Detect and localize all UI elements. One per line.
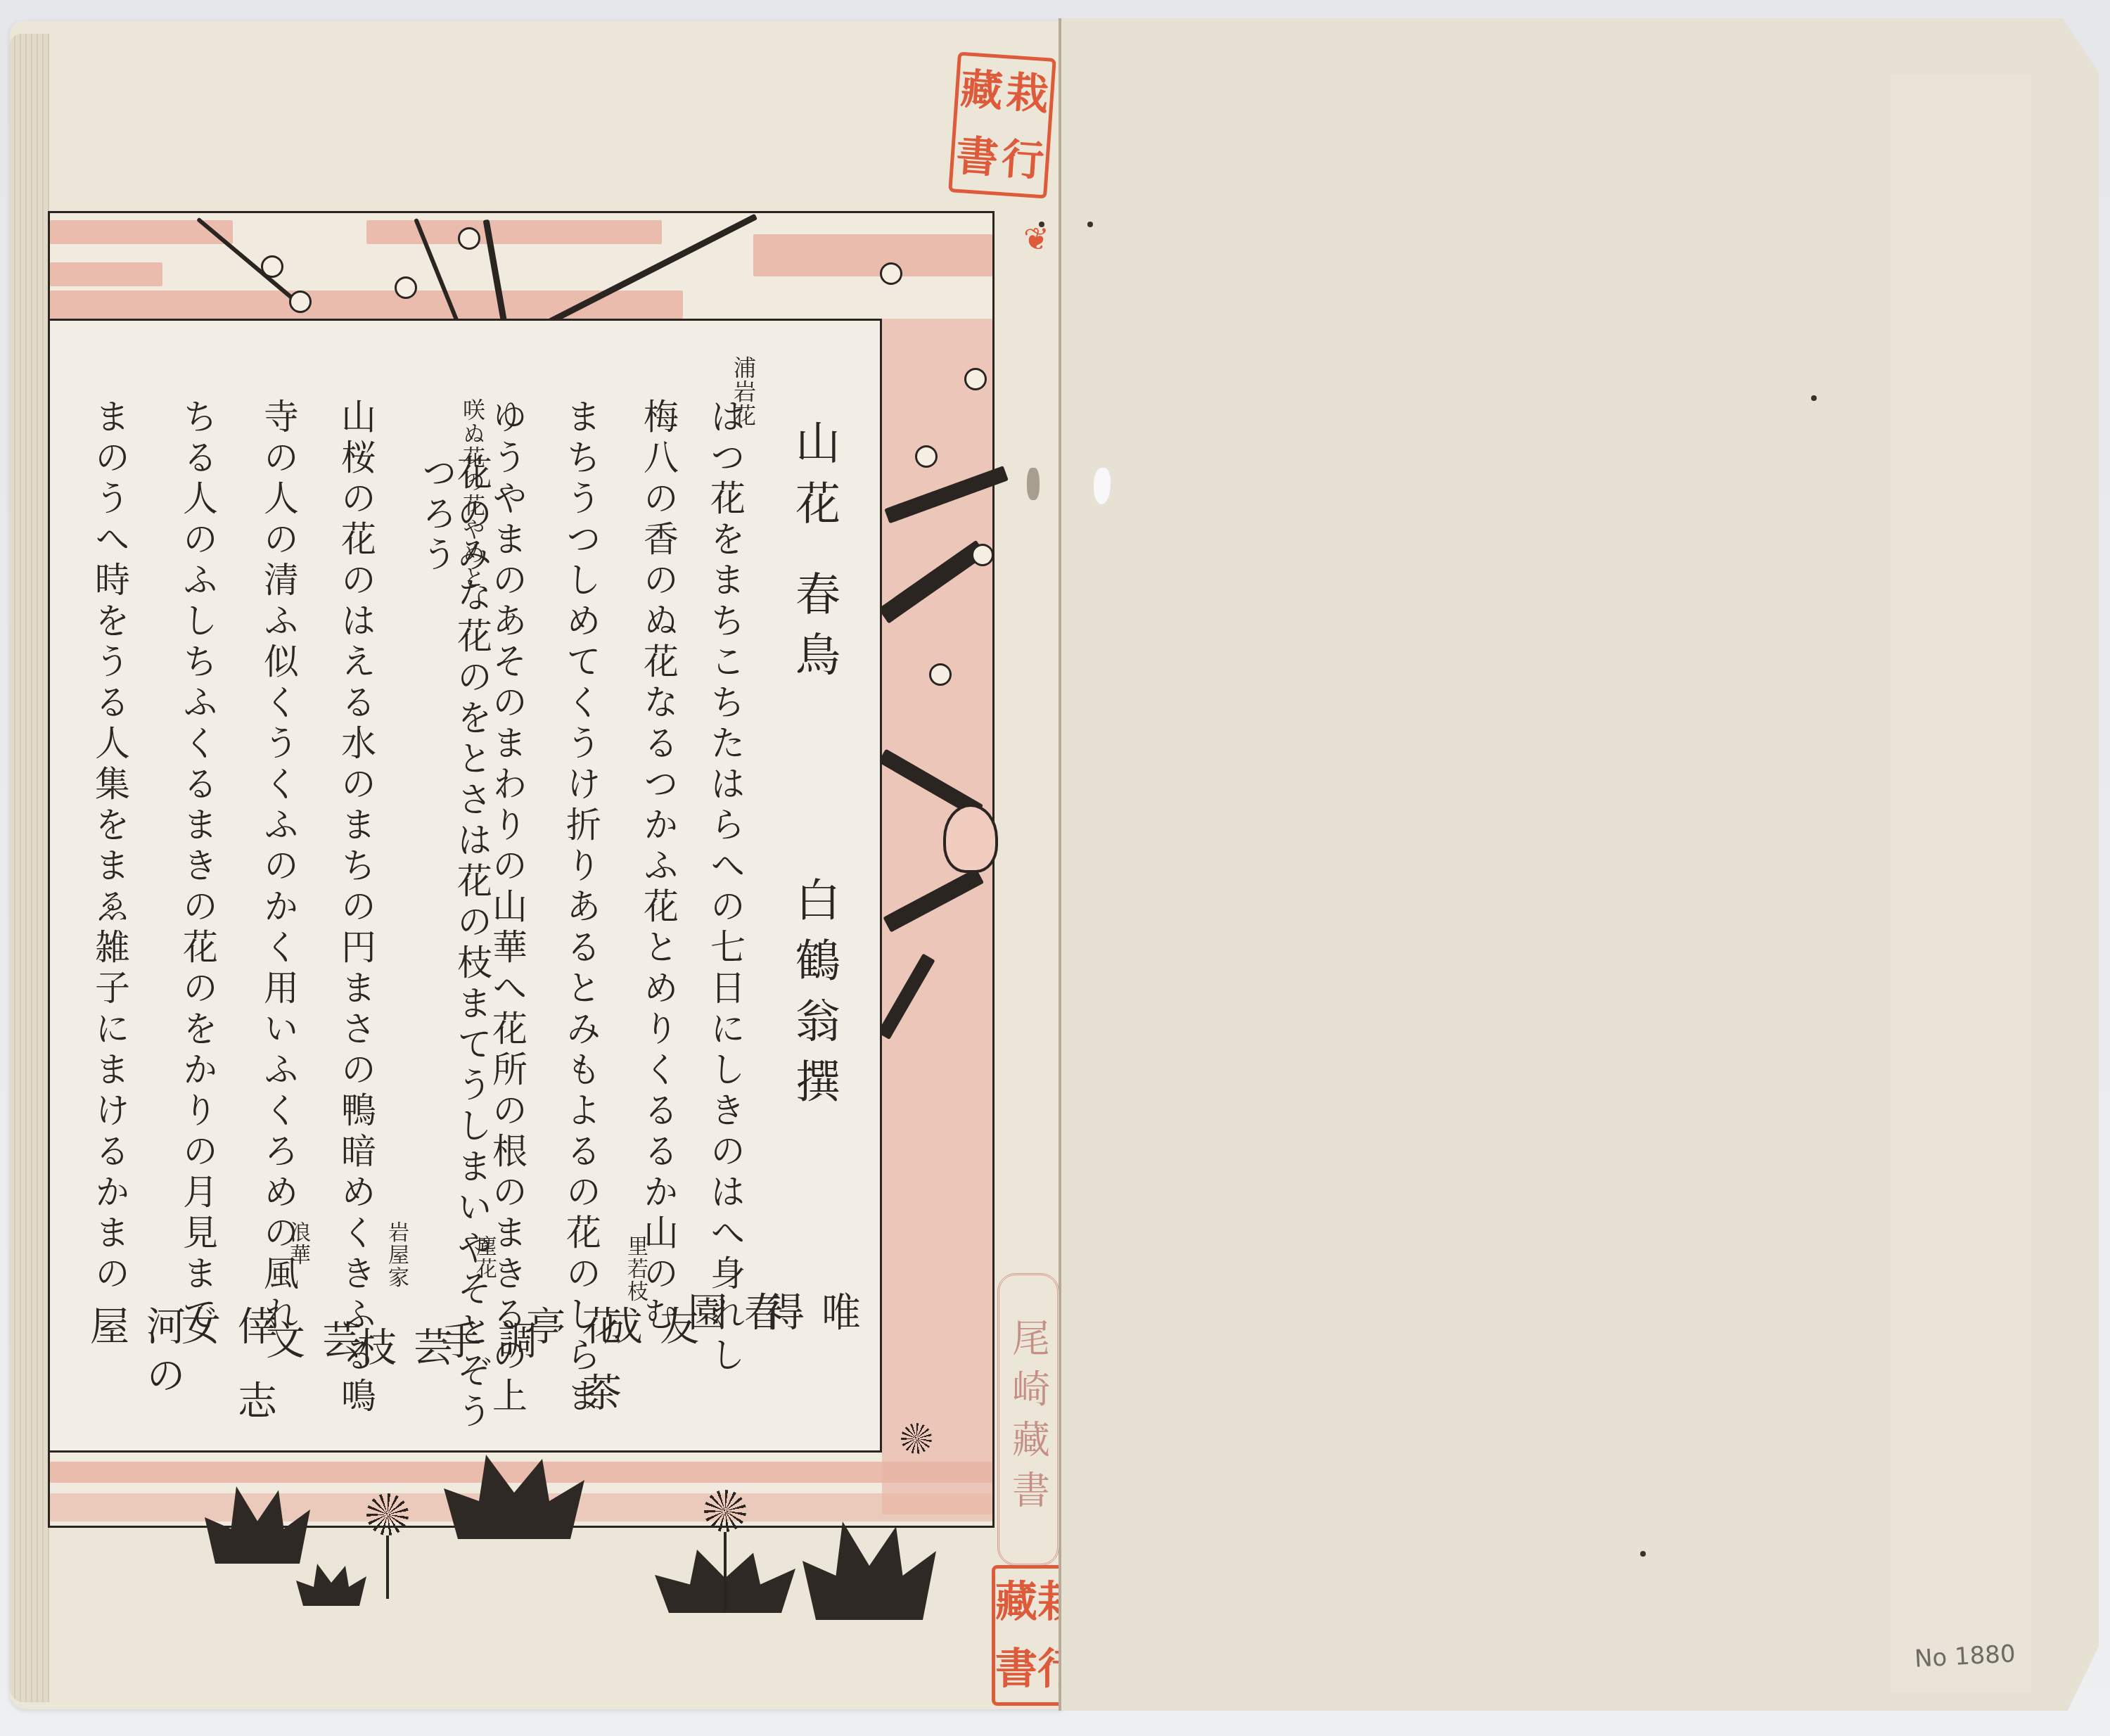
text-column-5: 花のみな花のをとさは花の枝まてうしまいやそとぞうつろう [419,454,490,1450]
binding-gutter [1059,18,1061,1711]
worm-damage [1027,468,1040,500]
mist-band [50,1462,992,1483]
plum-blossom [880,262,902,285]
text-column-6: 山桜の花のはえる水のまちの円まさの鴨暗めくきふる鳴 [338,398,373,1418]
signature-note: 岩屋家 [381,1221,411,1289]
plum-blossom [915,445,938,468]
seal-char: 藏 [957,68,1006,113]
signature-note: 浪華 [282,1221,313,1266]
right-page-blank [1061,18,2099,1711]
flourish-mark-icon: ❦ [1023,222,1049,257]
dandelion-stem [724,1532,727,1613]
text-column-7: 寺の人の清ふ似くうくふのかく用いふくろめの風れ [261,398,296,1336]
compiler-credit: 白鶴翁撰 [781,876,846,1118]
plum-blossom [289,291,312,313]
bird-icon [943,804,998,873]
ink-spot [1811,395,1817,401]
dandelion-flower [901,1423,932,1454]
signature: 河の屋 [78,1306,191,1450]
dandelion-flower [704,1490,746,1532]
signature-note: 塵花 [468,1235,499,1280]
mist-band [50,262,162,286]
plum-blossom [395,276,417,299]
dandelion-stem [386,1536,389,1599]
plum-blossom [964,368,987,390]
accession-number: No 1880 [1914,1640,2016,1673]
plum-blossom [929,663,952,686]
seal-char: 書 [953,134,1002,179]
page-edges [10,34,49,1702]
ownership-seal-top: 栽 行 藏 書 [948,51,1056,198]
plum-blossom [261,255,283,278]
mist-band [753,234,992,276]
mist-band [366,220,662,244]
signature-note: 里若枝 [620,1235,651,1303]
dandelion-flower [366,1493,409,1536]
ozaki-library-seal: 尾崎藏書 [997,1273,1059,1566]
illustrated-frame: 山花 春鳥 白鶴翁撰 浦岩花 はつ花をまちこちたはらへの七日にしきのはへ身れし … [48,211,995,1528]
text-column-1: はつ花をまちこちたはらへの七日にしきのはへ身れし [708,398,743,1377]
text-column-9: まのうへ時をうる人集をまゑ雑子にまけるかまの [92,398,127,1296]
seal-char: 書 [995,1648,1037,1690]
poem-title: 山花 春鳥 [781,419,846,691]
wormhole [1087,222,1093,227]
seal-char: 栽 [1003,71,1051,116]
wormhole [1039,222,1044,227]
text-column-8: ちる人のふしちふくるまきの花のをかりの月見まで [180,398,215,1336]
ink-spot [1640,1551,1646,1557]
plum-blossom [458,227,480,250]
text-column-3: まちうつしめてくうけ折りあるとみもよるの花のしらま [563,398,599,1418]
seal-char: 行 [999,137,1047,182]
seal-char: 藏 [995,1581,1037,1623]
text-panel: 山花 春鳥 白鶴翁撰 浦岩花 はつ花をまちこちたはらへの七日にしきのはへ身れし … [50,319,882,1453]
paper-strip [1891,75,2031,1692]
plum-blossom [971,544,994,566]
text-column-2: 梅八の香のぬ花なるつかふ花とめりくるるか山のむ [641,398,676,1336]
